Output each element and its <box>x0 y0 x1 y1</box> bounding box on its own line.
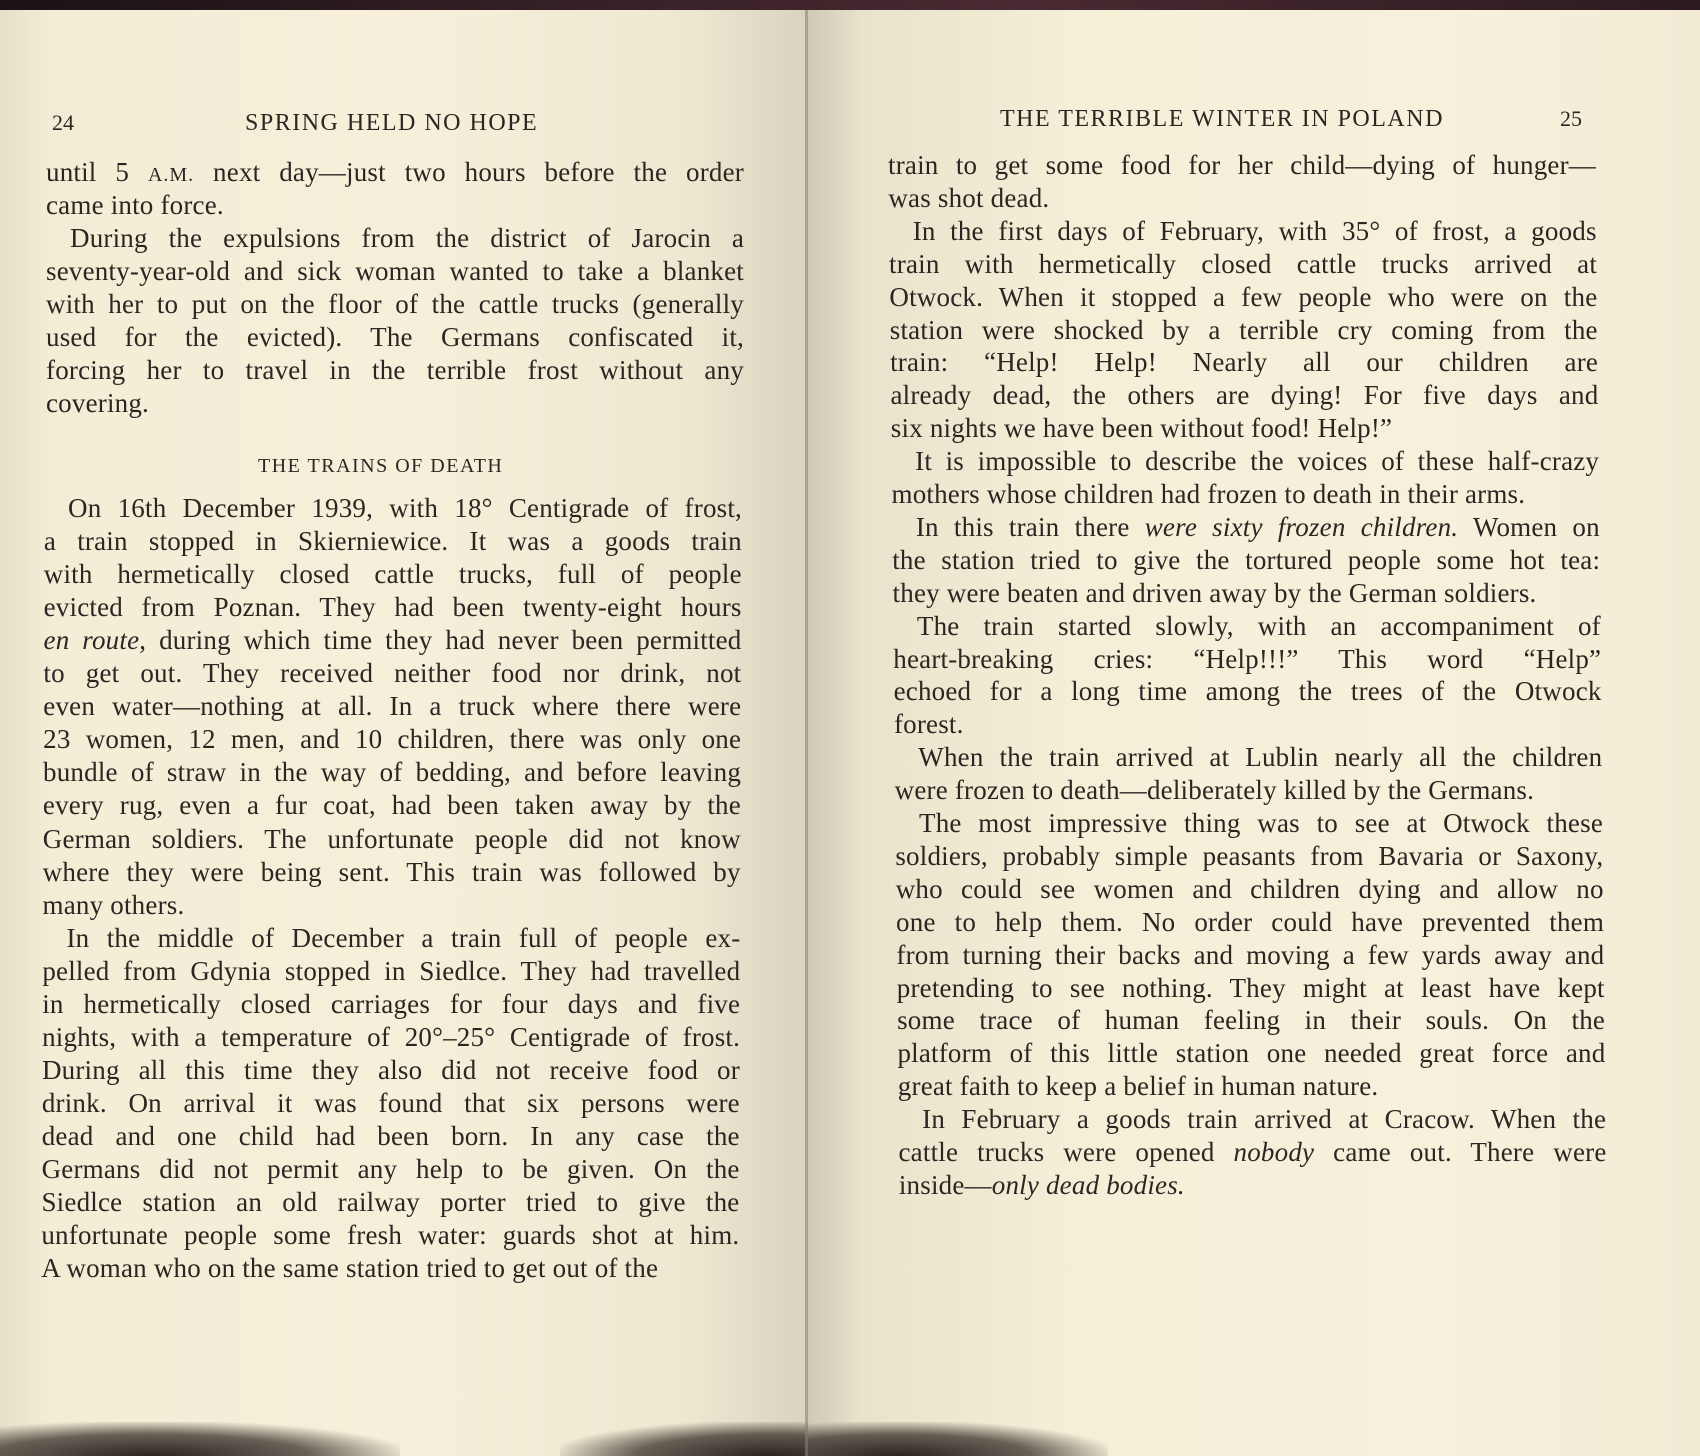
text-line: where they were being sent. This train w… <box>43 857 741 887</box>
text-line: every rug, even a fur coat, had been tak… <box>43 790 741 820</box>
left-page: 24 SPRING HELD NO HOPE until 5 A.M. next… <box>0 10 808 1456</box>
text-line: platform of this little station one need… <box>897 1038 1605 1068</box>
text-line: Siedlce station an old railway porter tr… <box>41 1187 739 1217</box>
text-line: came into force. <box>46 190 744 220</box>
text-line: During all this time they also did not r… <box>42 1055 740 1085</box>
text-line: unfortunate people some fresh water: gua… <box>41 1220 739 1250</box>
text-line: seventy-year-old and sick woman wanted t… <box>46 256 744 286</box>
text-line: with hermetically closed cattle trucks, … <box>44 559 742 589</box>
section-heading: THE TRAINS OF DEATH <box>258 455 503 478</box>
text-line: used for the evicted). The Germans confi… <box>46 322 744 352</box>
text-line: was shot dead. <box>888 183 1596 213</box>
text-line: until 5 A.M. next day—just two hours bef… <box>46 157 744 190</box>
text-line: in hermetically closed carriages for fou… <box>42 989 740 1019</box>
text-line: six nights we have been without food! He… <box>891 413 1599 443</box>
text-line: en route, during which time they had nev… <box>44 625 742 655</box>
text-line: echoed for a long time among the trees o… <box>894 676 1602 706</box>
text-line: who could see women and children dying a… <box>896 874 1604 904</box>
text-line: many others. <box>43 890 741 920</box>
right-page: THE TERRIBLE WINTER IN POLAND 25 train t… <box>808 10 1700 1456</box>
text-line: In this train there were sixty frozen ch… <box>916 512 1600 542</box>
text-line: On 16th December 1939, with 18° Centigra… <box>68 493 742 523</box>
text-line: inside—only dead bodies. <box>899 1170 1607 1200</box>
text-line: dead and one child had been born. In any… <box>42 1121 740 1151</box>
text-line: forest. <box>894 709 1602 739</box>
text-line: In February a goods train arrived at Cra… <box>922 1104 1606 1134</box>
text-line: they were beaten and driven away by the … <box>893 578 1601 608</box>
text-line: from turning their backs and moving a fe… <box>896 940 1604 970</box>
text-line: train to get some food for her child—dyi… <box>888 150 1596 180</box>
text-line: A woman who on the same station tried to… <box>41 1253 739 1283</box>
text-line: train: “Help! Help! Nearly all our child… <box>890 347 1598 377</box>
text-line: soldiers, probably simple peasants from … <box>895 841 1603 871</box>
text-line: Otwock. When it stopped a few people who… <box>889 282 1597 312</box>
text-line: one to help them. No order could have pr… <box>896 907 1604 937</box>
page-number-left: 24 <box>52 110 74 136</box>
text-line: It is impossible to describe the voices … <box>915 446 1599 476</box>
text-line: The most impressive thing was to see at … <box>919 808 1603 838</box>
text-line: cattle trucks were opened nobody came ou… <box>899 1137 1607 1167</box>
running-head-left: SPRING HELD NO HOPE <box>245 110 538 137</box>
text-line: heart-breaking cries: “Help!!!” This wor… <box>893 644 1601 674</box>
text-line: to get out. They received neither food n… <box>43 658 741 688</box>
text-line: station were shocked by a terrible cry c… <box>890 315 1598 345</box>
text-line: evicted from Poznan. They had been twent… <box>44 592 742 622</box>
text-line: some trace of human feeling in their sou… <box>897 1005 1605 1035</box>
text-line: nights, with a temperature of 20°–25° Ce… <box>42 1022 740 1052</box>
text-line: During the expulsions from the district … <box>70 223 744 253</box>
text-line: In the first days of February, with 35° … <box>913 216 1597 246</box>
page-number-right: 25 <box>1560 106 1582 132</box>
text-line: In the middle of December a train full o… <box>66 923 740 953</box>
text-line: the station tried to give the tortured p… <box>892 545 1600 575</box>
text-line: train with hermetically closed cattle tr… <box>889 249 1597 279</box>
text-line: mothers whose children had frozen to dea… <box>892 479 1600 509</box>
text-line: already dead, the others are dying! For … <box>890 380 1598 410</box>
text-line: with her to put on the floor of the catt… <box>46 289 744 319</box>
text-line: pelled from Gdynia stopped in Siedlce. T… <box>42 956 740 986</box>
running-head-right: THE TERRIBLE WINTER IN POLAND <box>1000 106 1444 133</box>
text-line: a train stopped in Skierniewice. It was … <box>44 526 742 556</box>
page-curl-shadow <box>808 1422 1108 1456</box>
text-line: drink. On arrival it was found that six … <box>42 1088 740 1118</box>
text-line: were frozen to death—deliberately killed… <box>895 775 1603 805</box>
text-line: Germans did not permit any help to be gi… <box>42 1154 740 1184</box>
text-line: even water—nothing at all. In a truck wh… <box>43 691 741 721</box>
text-line: covering. <box>46 388 744 418</box>
page-curl-shadow <box>0 1422 400 1456</box>
text-line: The train started slowly, with an accomp… <box>917 611 1601 641</box>
text-line: 23 women, 12 men, and 10 children, there… <box>43 724 741 754</box>
page-curl-shadow <box>560 1422 808 1456</box>
text-line: German soldiers. The unfortunate people … <box>43 824 741 854</box>
text-line: When the train arrived at Lublin nearly … <box>918 742 1602 772</box>
text-line: bundle of straw in the way of bedding, a… <box>43 757 741 787</box>
text-line: great faith to keep a belief in human na… <box>898 1071 1606 1101</box>
text-line: pretending to see nothing. They might at… <box>897 973 1605 1003</box>
text-line: forcing her to travel in the terrible fr… <box>46 355 744 385</box>
